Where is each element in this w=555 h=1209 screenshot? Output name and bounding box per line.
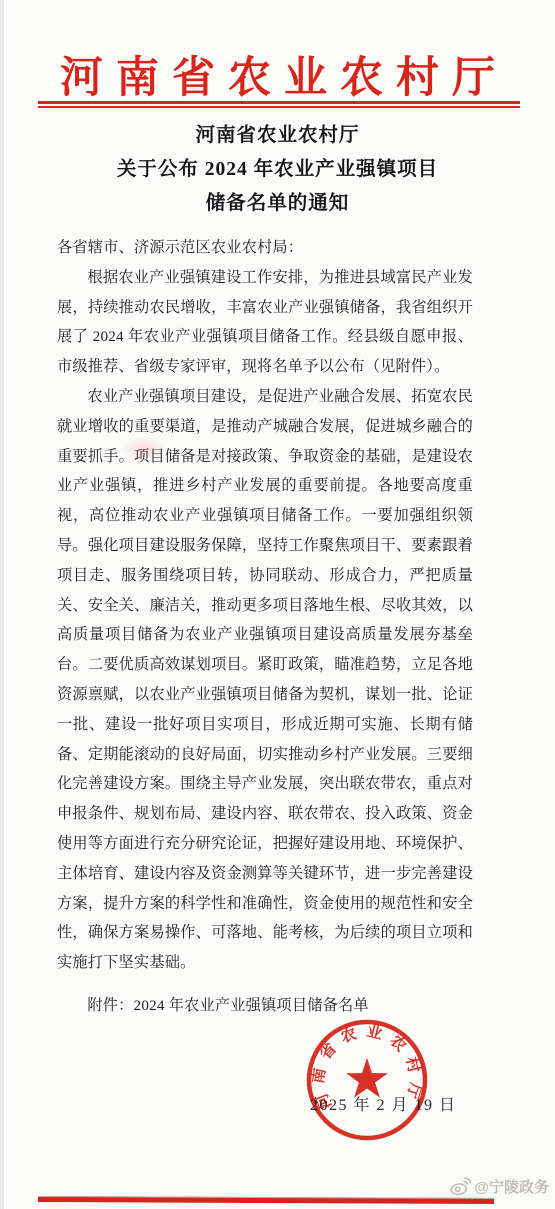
- footer-rule: [38, 1196, 494, 1204]
- document-page: 河南省农业农村厅 河南省农业农村厅 关于公布 2024 年农业产业强镇项目 储备…: [0, 0, 555, 1209]
- title-line-1: 河南省农业农村厅: [0, 119, 555, 153]
- letterhead-title: 河南省农业农村厅: [0, 44, 555, 105]
- issue-date: 2025 年 2 月 19 日: [310, 1092, 457, 1115]
- paragraph-2: 农业产业强镇项目建设，是促进产业融合发展、拓宽农民就业增收的重要渠道，是推动产城…: [57, 382, 473, 978]
- weibo-watermark: @宁陵政务: [449, 1176, 549, 1197]
- letterhead-divider: [38, 101, 520, 108]
- salutation: 各省辖市、济源示范区农业农村局：: [57, 233, 473, 263]
- paragraph-1: 根据农业产业强镇建设工作安排，为推进县域富民产业发展，持续推动农民增收，丰富农业…: [57, 263, 473, 382]
- weibo-icon: [449, 1177, 471, 1196]
- document-body: 各省辖市、济源示范区农业农村局： 根据农业产业强镇建设工作安排，为推进县域富民产…: [57, 233, 473, 1021]
- seal-ink-bleed: [122, 436, 166, 462]
- official-seal-graphic: 河南省农业农村厅: [303, 1016, 431, 1144]
- title-line-3: 储备名单的通知: [0, 187, 555, 221]
- title-line-2: 关于公布 2024 年农业产业强镇项目: [0, 153, 555, 187]
- watermark-text: @宁陵政务: [474, 1176, 549, 1197]
- official-seal: 河南省农业农村厅: [303, 1016, 431, 1144]
- document-title: 河南省农业农村厅 关于公布 2024 年农业产业强镇项目 储备名单的通知: [0, 119, 555, 221]
